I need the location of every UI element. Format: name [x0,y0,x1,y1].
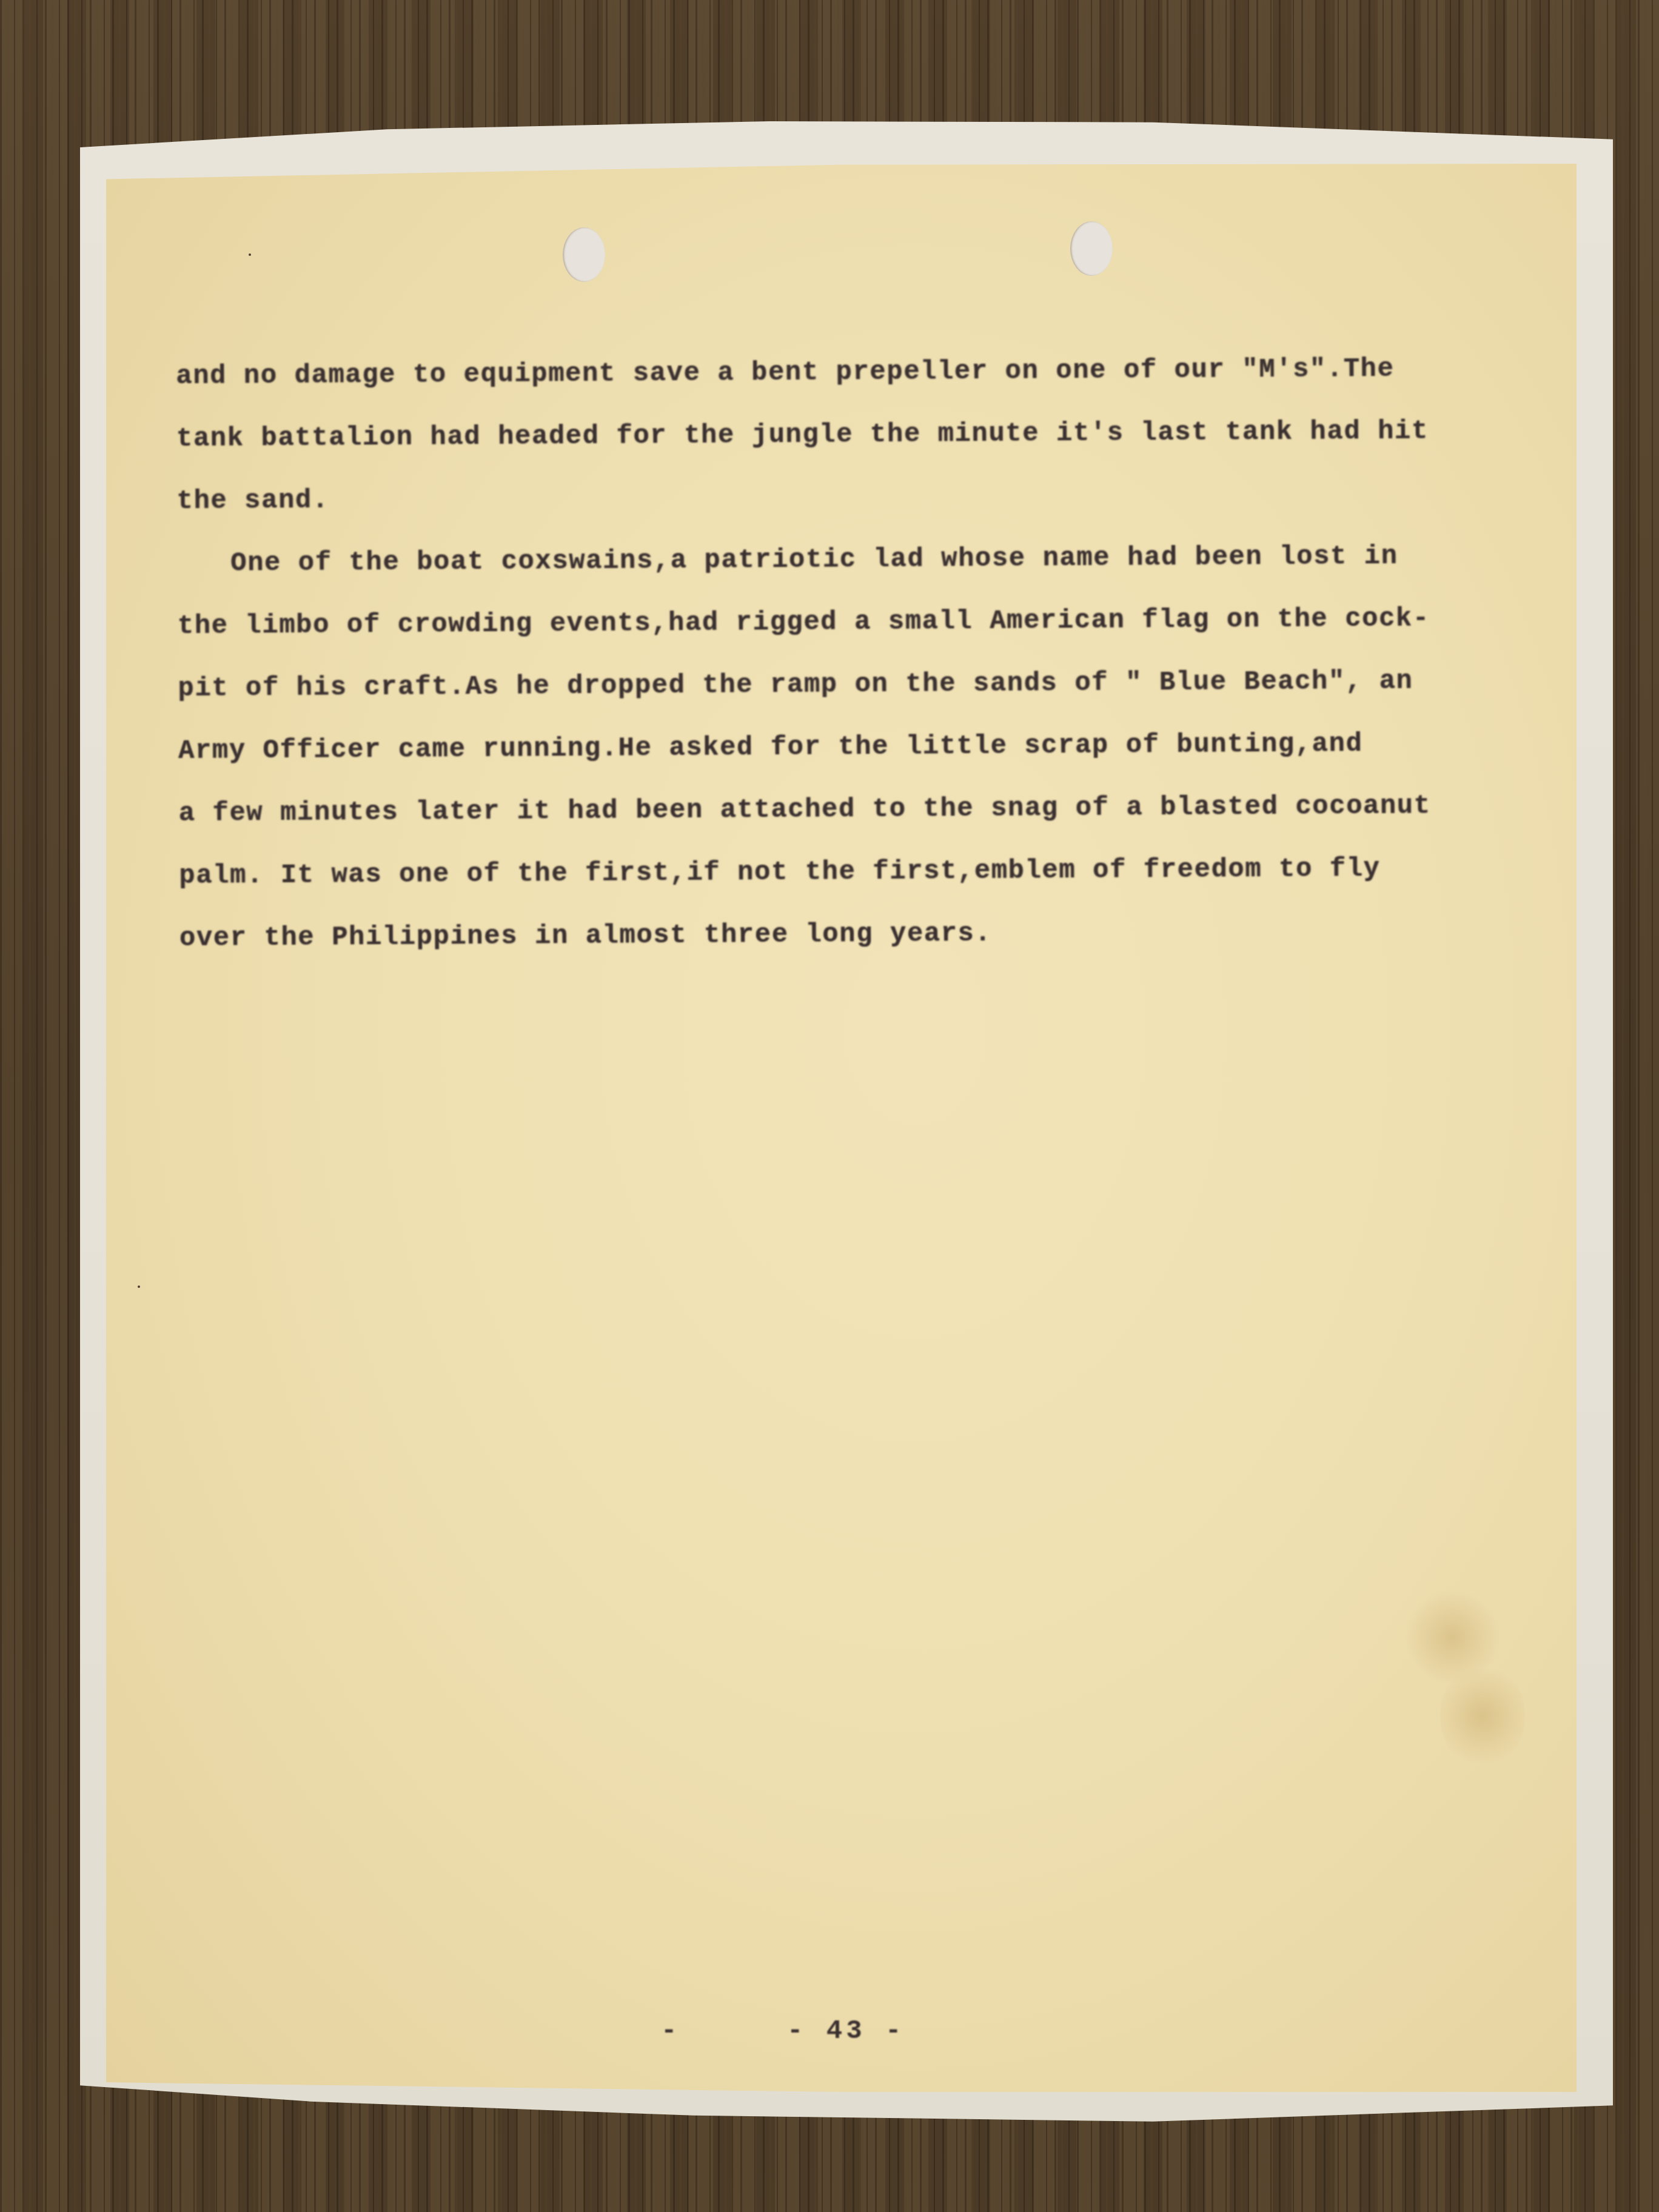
paper-stain [1440,1661,1525,1771]
stray-ink-dot [138,1285,140,1288]
typed-body-text: and no damage to equipment save a bent p… [176,337,1574,970]
text-line: palm. It was one of the first,if not the… [179,837,1574,908]
punch-hole-left [563,227,605,282]
typewritten-page: and no damage to equipment save a bent p… [106,164,1577,2092]
text-line: the sand. [176,462,1572,533]
text-line: a few minutes later it had been attached… [178,774,1574,845]
text-line: One of the boat coxswains,a patriotic la… [177,525,1572,595]
punch-hole-right [1070,221,1113,276]
footer-stray-dash: - [661,2016,677,2046]
text-line: and no damage to equipment save a bent p… [176,337,1571,408]
stray-ink-dot [249,253,251,256]
text-line: Army Officer came running.He asked for t… [178,712,1574,783]
text-line: over the Philippines in almost three lon… [179,899,1575,970]
text-line: pit of his craft.As he dropped the ramp … [178,649,1573,720]
text-line: tank battalion had headed for the jungle… [176,400,1572,471]
page-number: - 43 - [787,2016,905,2046]
text-line: the limbo of crowding events,had rigged … [178,587,1573,658]
